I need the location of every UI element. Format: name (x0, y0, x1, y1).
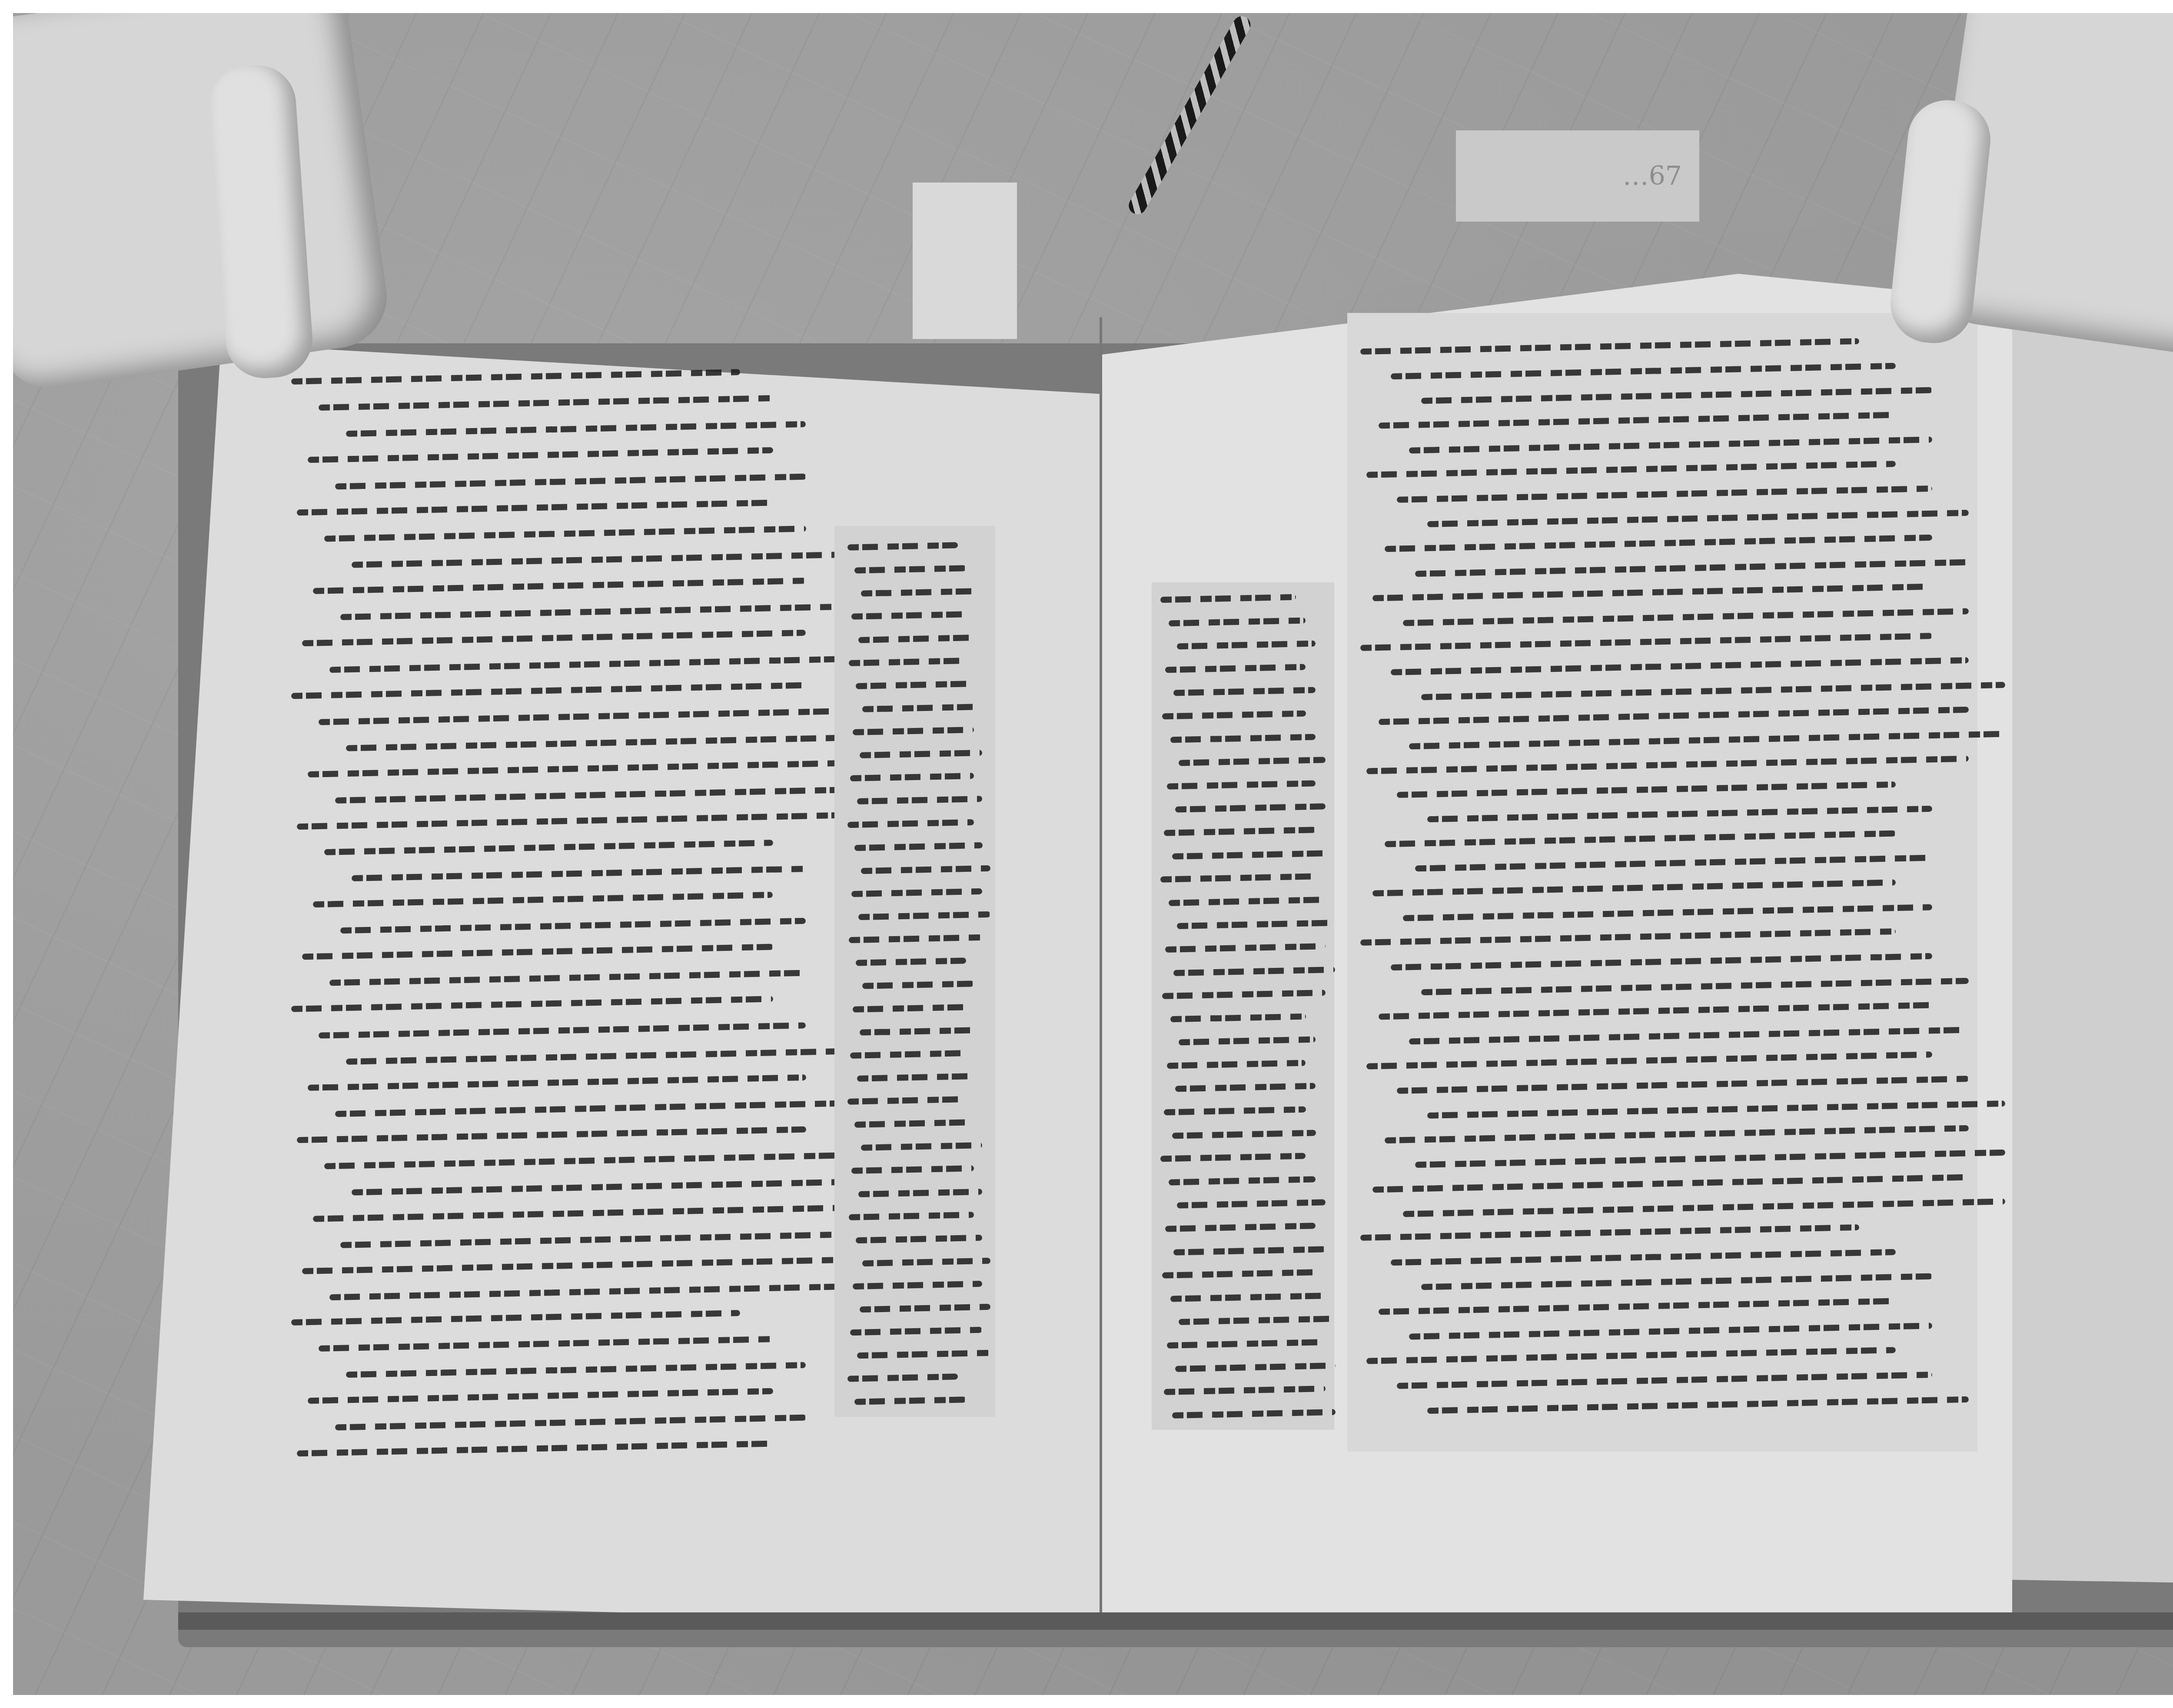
script-line (1160, 594, 1296, 603)
script-line (1379, 706, 1969, 724)
script-line (857, 1073, 974, 1082)
script-line (1366, 461, 1896, 478)
script-line (1415, 855, 1932, 872)
script-line (857, 1350, 990, 1359)
script-line (1415, 559, 1969, 577)
script-line (1167, 1339, 1326, 1349)
script-line (1165, 664, 1306, 673)
script-line (850, 1327, 982, 1336)
script-line (1366, 1051, 1932, 1069)
script-line (862, 1258, 990, 1266)
script-line (1360, 928, 1896, 946)
script-line (335, 1414, 806, 1430)
photograph: …67 (13, 13, 2173, 1695)
script-line (352, 1179, 872, 1196)
script-line (861, 588, 974, 597)
script-line (1397, 1076, 1969, 1094)
script-line (1391, 362, 1896, 379)
script-line (1172, 850, 1326, 859)
script-line (346, 421, 806, 437)
script-line (302, 1257, 839, 1274)
script-line (1360, 633, 1932, 651)
script-line (855, 1235, 982, 1243)
script-line (1160, 1153, 1306, 1162)
script-line (1360, 1224, 1859, 1241)
script-line (319, 708, 839, 725)
script-line (851, 888, 982, 897)
script-line (308, 447, 773, 463)
script-line (853, 1004, 966, 1012)
script-line (1163, 1107, 1306, 1116)
script-line (1397, 485, 1932, 503)
script-line (1169, 617, 1306, 626)
script-line (319, 395, 773, 411)
script-line (297, 499, 773, 515)
script-line (319, 1022, 806, 1038)
script-line (324, 840, 773, 855)
script-line (1172, 1130, 1316, 1139)
script-line (1391, 953, 1932, 970)
paper-tab-left (913, 183, 1017, 339)
script-line (329, 656, 839, 673)
script-line (340, 1231, 871, 1248)
script-line (297, 1126, 806, 1143)
script-line (1173, 687, 1316, 696)
script-line (352, 866, 806, 881)
script-line (1177, 641, 1316, 650)
script-line (1170, 734, 1316, 743)
script-line (1169, 1176, 1316, 1185)
left-page-text-block (291, 374, 839, 1452)
script-line (335, 1100, 839, 1117)
script-line (861, 865, 990, 874)
script-line (858, 635, 974, 643)
script-line (1167, 1060, 1306, 1069)
script-line (862, 704, 982, 712)
script-line (291, 682, 806, 699)
script-line (1175, 804, 1326, 813)
script-line (1163, 827, 1316, 836)
script-line (335, 473, 806, 489)
script-line (1366, 755, 1969, 774)
script-line (1169, 897, 1326, 906)
script-line (851, 1165, 974, 1174)
script-line (329, 970, 806, 986)
script-line (1409, 1323, 1932, 1339)
script-line (329, 1283, 871, 1300)
script-line (861, 1142, 982, 1151)
script-line (324, 525, 806, 542)
script-line (860, 1027, 974, 1036)
script-line (340, 604, 839, 620)
script-line (1427, 806, 1932, 822)
script-line (313, 578, 806, 594)
script-line (308, 760, 839, 778)
script-line (1403, 608, 1969, 626)
script-line (1179, 1316, 1336, 1326)
script-line (1379, 412, 1896, 429)
script-line (1163, 1386, 1326, 1395)
script-line (1385, 830, 1896, 847)
script-line (862, 981, 974, 989)
left-slip-text-block (847, 543, 982, 1404)
script-line (1177, 920, 1336, 929)
script-line (1372, 879, 1896, 896)
script-line (340, 918, 806, 934)
script-line (1160, 873, 1316, 882)
script-line (291, 1310, 740, 1326)
script-line (858, 911, 990, 920)
script-line (1409, 436, 1932, 453)
script-line (849, 658, 966, 666)
script-line (1427, 510, 1969, 527)
script-line (855, 681, 974, 689)
script-line (853, 1281, 982, 1289)
script-line (853, 727, 974, 735)
script-line (858, 1189, 982, 1197)
script-line (346, 1048, 839, 1065)
script-line (847, 1373, 958, 1382)
script-line (1421, 977, 1969, 995)
script-line (1173, 967, 1336, 976)
script-line (1366, 1347, 1896, 1365)
script-line (291, 996, 773, 1012)
book-bottom-edge (178, 1612, 2173, 1630)
script-line (860, 750, 982, 758)
script-line (854, 565, 966, 573)
book-gutter (1100, 317, 1102, 1621)
script-line (1175, 1083, 1316, 1092)
bookmark-cord (1126, 13, 1254, 217)
right-page-text-block (1360, 343, 1969, 1408)
script-line (308, 1388, 773, 1404)
script-line (1165, 1223, 1316, 1232)
script-line (851, 611, 966, 620)
script-line (324, 1153, 839, 1170)
script-line (313, 1205, 839, 1222)
script-line (1409, 731, 2005, 750)
script-line (335, 786, 872, 804)
script-line (847, 542, 958, 550)
script-line (1397, 781, 1896, 798)
script-line (1385, 535, 1932, 552)
script-line (346, 734, 872, 751)
script-line (1372, 1174, 1969, 1193)
right-slip-text-block (1160, 595, 1326, 1417)
script-line (1391, 1249, 1896, 1266)
script-line (849, 934, 982, 943)
script-line (847, 1096, 966, 1105)
script-line (857, 796, 983, 804)
script-line (313, 892, 773, 907)
script-line (1379, 1002, 1932, 1020)
script-line (1162, 711, 1306, 720)
script-line (1397, 1372, 1932, 1389)
script-line (1162, 990, 1326, 999)
script-line (1421, 682, 2005, 700)
script-line (1427, 1100, 2005, 1119)
script-line (346, 1362, 806, 1378)
script-line (854, 842, 982, 851)
script-line (1170, 1013, 1306, 1022)
script-line (1409, 1027, 1969, 1044)
script-line (319, 1336, 773, 1352)
script-line (849, 1212, 974, 1220)
script-line (1173, 1246, 1326, 1255)
script-line (854, 1396, 966, 1405)
script-line (1403, 1199, 2005, 1217)
script-line (855, 958, 966, 966)
script-line (850, 1050, 966, 1059)
script-line (1372, 584, 1932, 601)
script-line (847, 819, 974, 827)
script-line (1385, 1125, 1969, 1143)
script-line (352, 552, 839, 568)
shelfmark-label-text: …67 (1623, 161, 1682, 191)
script-line (1421, 387, 1932, 404)
script-line (1391, 657, 1969, 675)
script-line (1177, 1200, 1326, 1209)
script-line (1179, 757, 1326, 766)
script-line (850, 773, 974, 781)
script-line (1170, 1293, 1326, 1302)
script-line (297, 812, 839, 830)
script-line (854, 1119, 974, 1128)
left-hand (13, 13, 393, 395)
script-line (1167, 780, 1316, 789)
script-line (1165, 943, 1326, 953)
script-line (302, 944, 773, 960)
script-line (1179, 1037, 1316, 1046)
script-line (1403, 904, 1932, 921)
script-line (1421, 1273, 1932, 1290)
script-line (302, 630, 806, 646)
shelfmark-label: …67 (1456, 130, 1699, 222)
script-line (860, 1304, 990, 1313)
script-line (1379, 1298, 1896, 1315)
script-line (308, 1074, 806, 1091)
script-line (1415, 1150, 2005, 1168)
script-line (1175, 1362, 1336, 1372)
script-line (1162, 1269, 1316, 1279)
